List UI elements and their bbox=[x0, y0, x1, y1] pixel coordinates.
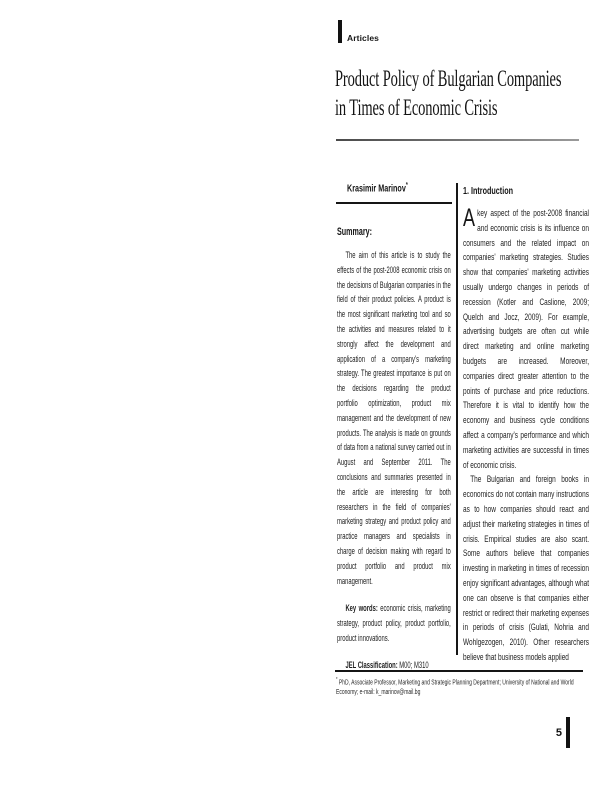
abstract-text: The aim of this article is to study the … bbox=[337, 248, 451, 588]
introduction-heading: 1. Introduction bbox=[463, 186, 589, 197]
page-number: 5 bbox=[548, 727, 562, 739]
keywords-paragraph: Key words: economic crisis, marketing st… bbox=[337, 601, 451, 645]
author-footnote: * PhD, Associate Professor, Marketing an… bbox=[336, 676, 583, 698]
page-number-bar bbox=[566, 717, 570, 748]
article-title-line1: Product Policy of Bulgarian Companies bbox=[335, 64, 561, 93]
introduction-paragraph-1-text: key aspect of the post-2008 financial an… bbox=[463, 208, 589, 470]
summary-column: Summary: The aim of this article is to s… bbox=[337, 226, 451, 673]
journal-article-page: Articles Product Policy of Bulgarian Com… bbox=[0, 0, 600, 800]
article-title: Product Policy of Bulgarian Companies in… bbox=[335, 64, 561, 122]
title-divider-rule bbox=[336, 139, 579, 141]
introduction-paragraph-2: The Bulgarian and foreign books in econo… bbox=[463, 472, 589, 664]
footnote-text: PhD, Associate Professor, Marketing and … bbox=[336, 679, 574, 696]
dropcap-letter: A bbox=[463, 206, 477, 230]
introduction-paragraph-1: Akey aspect of the post-2008 financial a… bbox=[463, 206, 589, 472]
author-name: Krasimir Marinov* bbox=[347, 182, 408, 194]
summary-heading: Summary: bbox=[337, 226, 451, 238]
author-footnote-mark: * bbox=[406, 182, 408, 189]
article-title-line2: in Times of Economic Crisis bbox=[335, 93, 561, 122]
author-divider-rule bbox=[336, 202, 452, 204]
column-divider-rule bbox=[456, 183, 458, 655]
section-label: Articles bbox=[347, 33, 379, 43]
introduction-column: 1. Introduction Akey aspect of the post-… bbox=[463, 186, 589, 665]
section-marker-bar bbox=[338, 20, 342, 43]
jel-label: JEL Classification: bbox=[345, 660, 397, 670]
footnote-divider-rule bbox=[335, 670, 583, 672]
keywords-label: Key words: bbox=[345, 603, 377, 613]
jel-value: M00; M310 bbox=[398, 660, 429, 670]
